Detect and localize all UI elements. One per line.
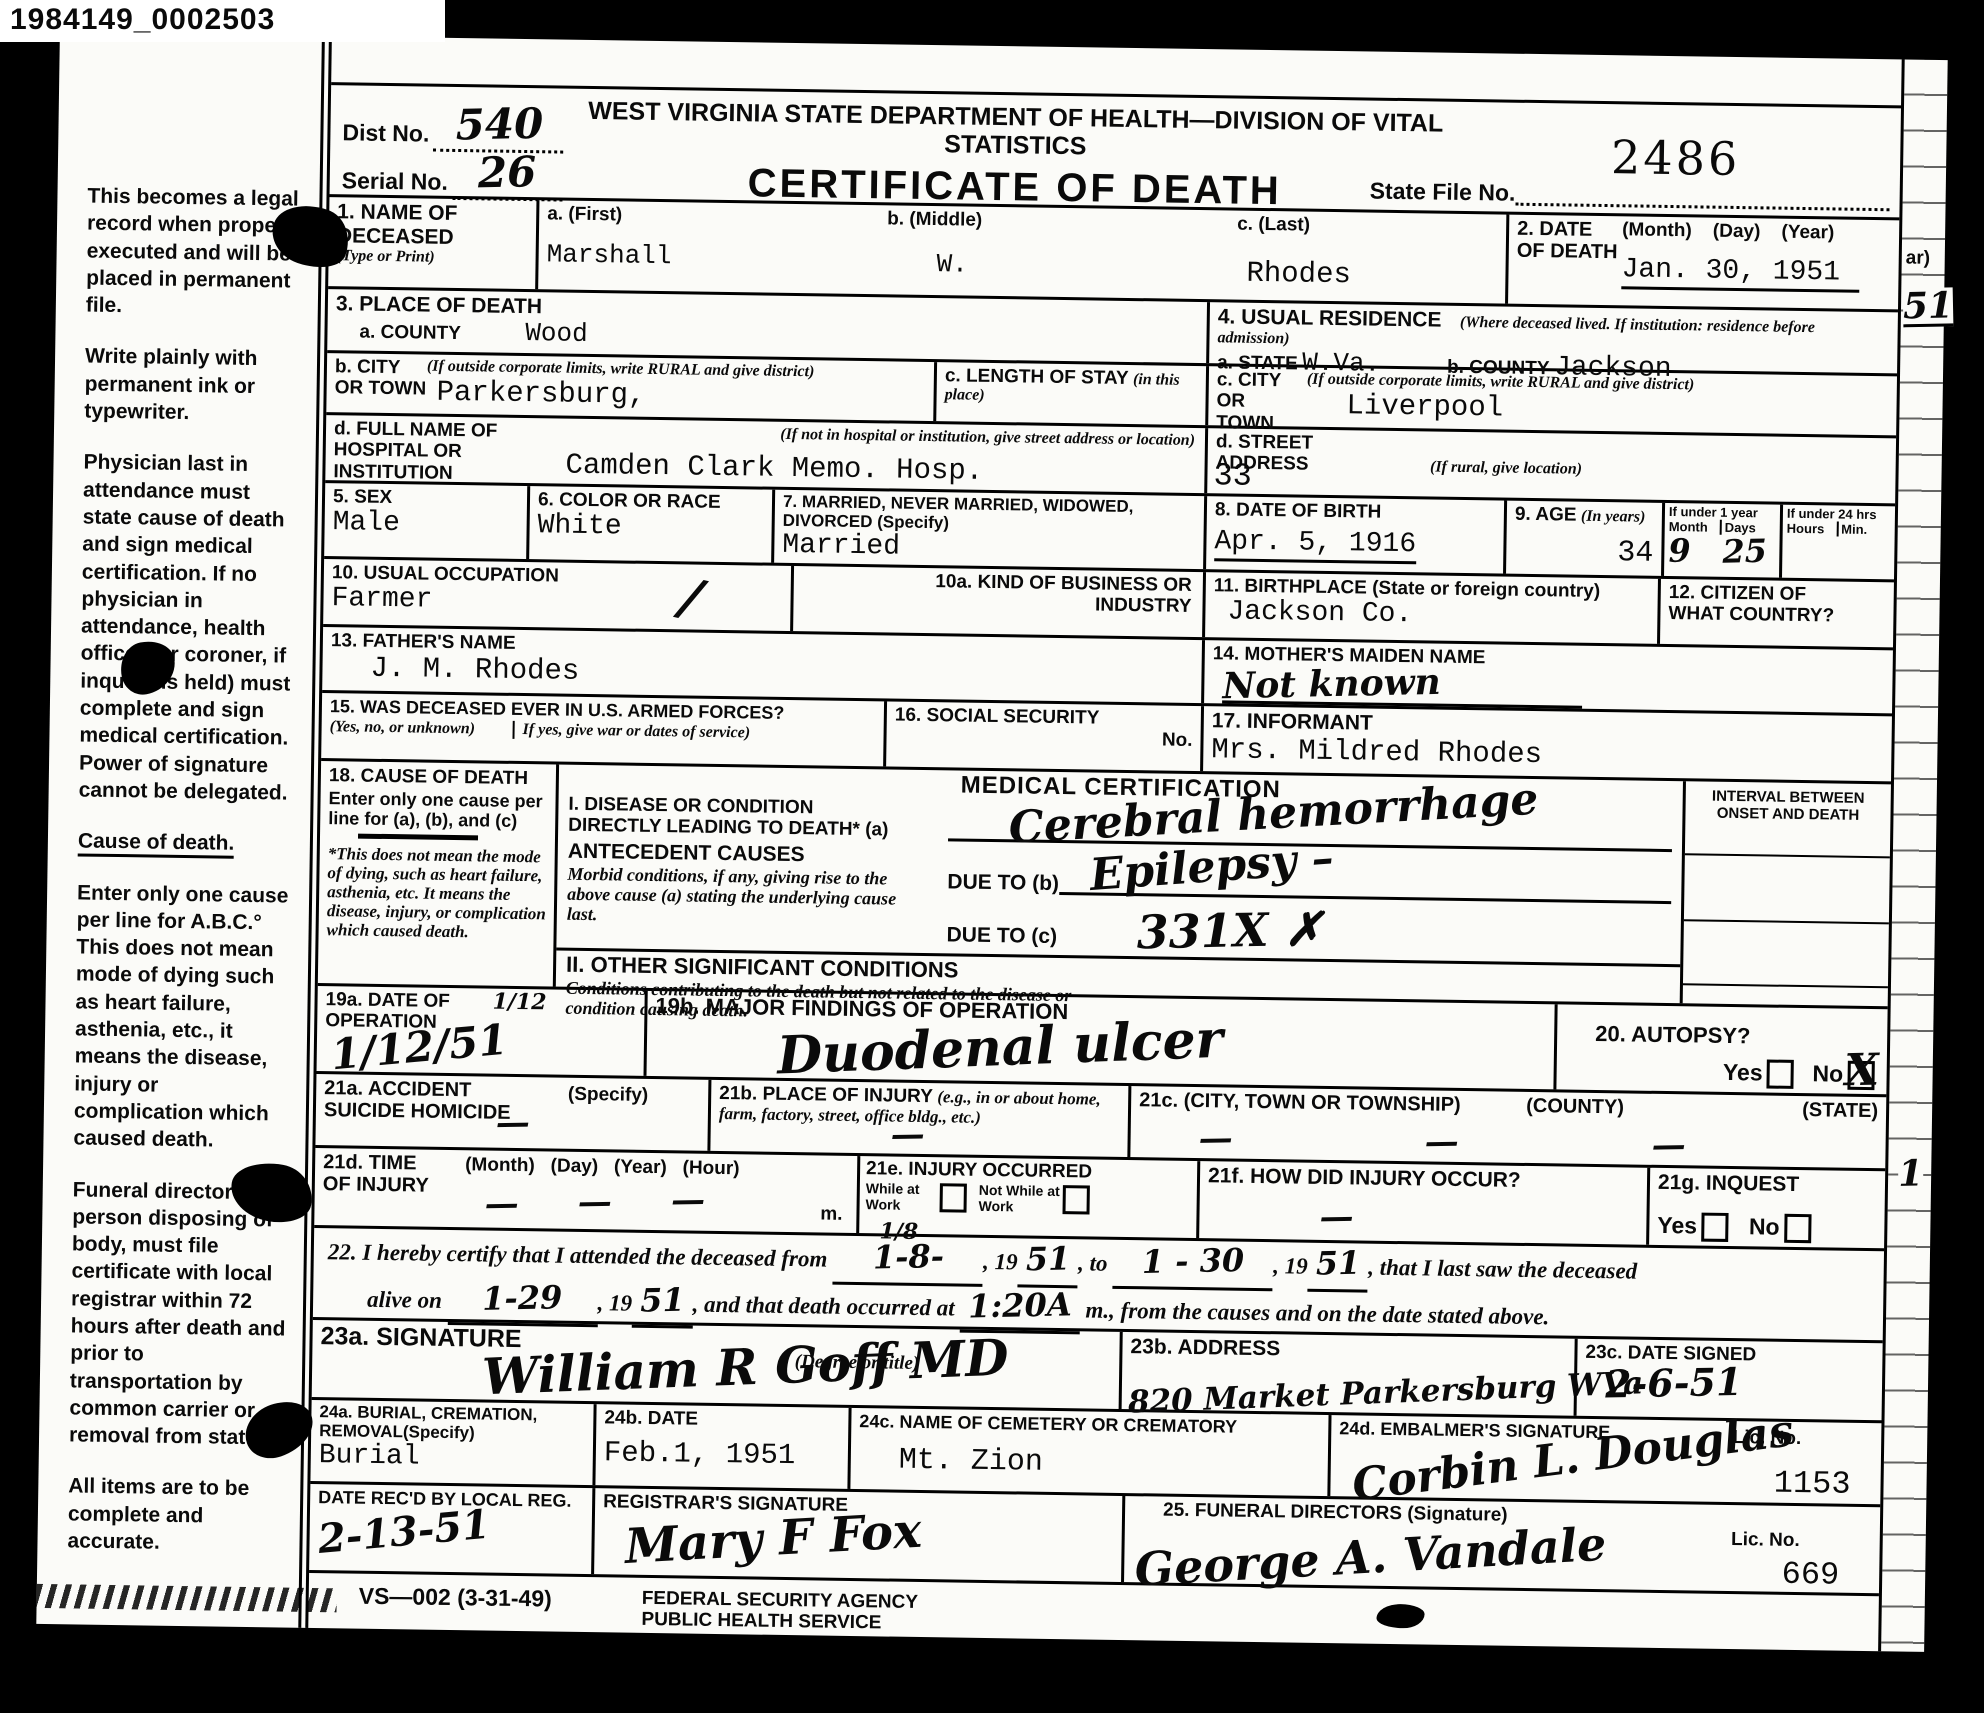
- name-label: 1. NAME OF DECEASED: [337, 200, 478, 249]
- operation-findings-cell: 19b. MAJOR FINDINGS OF OPERATION Duodena…: [646, 991, 1557, 1089]
- agency-line-2: PUBLIC HEALTH SERVICE: [641, 1609, 918, 1634]
- age-under1-cell: If under 1 year Month Days 9 25: [1664, 503, 1783, 578]
- interval-rule: [1685, 853, 1890, 858]
- date-received-value: 2-13-51: [316, 1505, 491, 1560]
- citizen-cell: 12. CITIZEN OF WHAT COUNTRY?: [1660, 579, 1894, 647]
- margin-note-legal-record: This becomes a legal record when properl…: [86, 183, 306, 323]
- citizen-label: 12. CITIZEN OF WHAT COUNTRY?: [1668, 582, 1839, 627]
- age-cell: 9. AGE (In years) 34: [1506, 501, 1665, 576]
- marital-cell: 7. MARRIED, NEVER MARRIED, WIDOWED, DIVO…: [774, 490, 1207, 569]
- birthplace-value: Jackson Co.: [1227, 597, 1649, 635]
- autopsy-yes-checkbox: [1767, 1060, 1794, 1089]
- accident-cell: 21a. ACCIDENT SUICIDE HOMICIDE (Specify)…: [315, 1074, 711, 1151]
- certify-text-2: , 19: [983, 1249, 1018, 1275]
- not-while-at-work-label: Not While at Work: [978, 1183, 1062, 1215]
- certify-text-6: alive on: [367, 1286, 442, 1312]
- injury-place-cell: 21b. PLACE OF INJURY (e.g., in or about …: [710, 1080, 1131, 1157]
- injury-time-m-label: m.: [820, 1203, 843, 1225]
- injury-county-label: (COUNTY): [1526, 1095, 1702, 1120]
- inquest-cell: 21g. INQUEST Yes No: [1649, 1168, 1885, 1248]
- department-title: WEST VIRGINIA STATE DEPARTMENT OF HEALTH…: [560, 97, 1471, 166]
- certify-text-8: , and that death occurred at: [692, 1291, 954, 1320]
- under1-label: If under 1 year: [1669, 505, 1776, 521]
- cause-of-death-label: 18. CAUSE OF DEATH: [329, 765, 548, 790]
- inquest-no-checkbox: [1784, 1214, 1811, 1243]
- medical-certification-row: 18. CAUSE OF DEATH Enter only one cause …: [318, 761, 1891, 1009]
- street-address-value: 33: [1213, 458, 1252, 494]
- funeral-director-lic-value: 669: [1781, 1557, 1839, 1593]
- business-label: 10a. KIND OF BUSINESS OR INDUSTRY: [861, 570, 1192, 617]
- under1-months-value: 9: [1668, 534, 1722, 567]
- funeral-director-lic-label: Lic. No.: [1731, 1529, 1800, 1551]
- race-value: White: [537, 510, 763, 546]
- last-name-value: Rhodes: [1246, 257, 1497, 294]
- middle-name-label: b. (Middle): [887, 208, 982, 230]
- cause-c-value: 331X ✗: [1137, 906, 1324, 956]
- date-of-birth-label: 8. DATE OF BIRTH: [1215, 499, 1496, 524]
- age-label: 9. AGE: [1515, 504, 1577, 526]
- due-to-b-label: DUE TO (b): [947, 870, 1059, 895]
- serial-no-value: 26: [478, 151, 537, 194]
- certify-year2-value: 51: [1315, 1247, 1360, 1280]
- marital-label: 7. MARRIED, NEVER MARRIED, WIDOWED, DIVO…: [783, 493, 1197, 536]
- margin-note-physician: Physician last in attendance must state …: [78, 449, 301, 807]
- armed-forces-note1: (Yes, no, or unknown): [329, 718, 514, 739]
- ssn-cell: 16. SOCIAL SECURITY No.: [886, 701, 1204, 771]
- autopsy-yes-label: Yes: [1723, 1059, 1763, 1086]
- first-name-label: a. (First): [547, 203, 622, 225]
- date-of-birth-cell: 8. DATE OF BIRTH Apr. 5, 1916: [1206, 496, 1507, 573]
- mother-cell: 14. MOTHER'S MAIDEN NAME Not known: [1204, 640, 1893, 713]
- injury-how-label: 21f. HOW DID INJURY OCCUR?: [1208, 1164, 1639, 1194]
- cause-of-death-instructions-cell: 18. CAUSE OF DEATH Enter only one cause …: [318, 761, 559, 987]
- burial-cell: 24a. BURIAL, CREMATION, REMOVAL(Specify)…: [310, 1400, 596, 1485]
- certify-year3-value: 51: [640, 1283, 685, 1316]
- interval-label: INTERVAL BETWEEN ONSET AND DEATH: [1693, 788, 1882, 824]
- operation-findings-value: Duodenal ulcer: [776, 1014, 1224, 1083]
- under24-label: If under 24 hrs: [1787, 507, 1891, 523]
- accident-label: 21a. ACCIDENT SUICIDE HOMICIDE: [324, 1077, 515, 1125]
- injury-city-label: 21c. (CITY, TOWN OR TOWNSHIP): [1139, 1089, 1526, 1117]
- funeral-director-label: 25. FUNERAL DIRECTORS (Signature): [1163, 1500, 1508, 1526]
- serial-no-field: Serial No. 26: [341, 153, 562, 201]
- occupation-cell: 10. USUAL OCCUPATION Farmer /: [323, 559, 794, 631]
- accident-specify-note: (Specify): [568, 1084, 649, 1106]
- burial-value: Burial: [319, 1440, 585, 1476]
- cause-note-2: *This does not mean the mode of dying, s…: [326, 844, 546, 942]
- sex-cell: 5. SEX Male: [324, 483, 530, 559]
- injury-place-dash: —: [890, 1117, 925, 1152]
- form-box: Dist No. 540 Serial No. 26 WEST VIRGINIA…: [309, 82, 1901, 1596]
- injury-time-dashes: — — —: [484, 1183, 705, 1221]
- certify-text-7: , 19: [597, 1290, 632, 1316]
- under24-min-label: Min.: [1838, 522, 1891, 538]
- date-signed-cell: 23c. DATE SIGNED 2-6-51: [1577, 1339, 1883, 1421]
- dist-no-value: 540: [455, 103, 543, 147]
- certify-from-value: 1-8-: [872, 1240, 944, 1273]
- place-city-label: b. CITY OR TOWN: [334, 356, 427, 410]
- sex-value: Male: [332, 507, 518, 542]
- length-of-stay-label: c. LENGTH OF STAY: [945, 365, 1129, 389]
- age-years-value: 34: [1514, 535, 1653, 572]
- disease-label-2: DIRECTLY LEADING TO DEATH* (a): [568, 815, 948, 842]
- form-column: Dist No. 540 Serial No. 26 WEST VIRGINIA…: [308, 36, 1901, 1651]
- certify-time-value: 1:20A: [968, 1288, 1072, 1322]
- business-cell: 10a. KIND OF BUSINESS OR INDUSTRY: [793, 566, 1206, 637]
- last-name-label: c. (Last): [1237, 214, 1310, 236]
- injury-city-dash: —: [1198, 1118, 1425, 1157]
- hospital-value: Camden Clark Memo. Hosp.: [565, 448, 983, 488]
- injury-city-cell: 21c. (CITY, TOWN OR TOWNSHIP) (COUNTY) (…: [1130, 1086, 1886, 1168]
- sex-label: 5. SEX: [333, 486, 519, 510]
- hospital-label: d. FULL NAME OF HOSPITAL OR INSTITUTION: [333, 418, 564, 485]
- burial-date-label: 24b. DATE: [604, 1407, 840, 1432]
- armed-forces-cell: 15. WAS DECEASED EVER IN U.S. ARMED FORC…: [321, 693, 887, 766]
- operation-date-value: 1/12/51: [329, 1019, 509, 1077]
- hospital-cell: d. FULL NAME OF HOSPITAL OR INSTITUTION …: [325, 415, 1208, 493]
- funeral-director-cell: 25. FUNERAL DIRECTORS (Signature) Lic. N…: [1124, 1496, 1880, 1593]
- residence-city-cell: c. CITY OR TOWN (If outside corporate li…: [1208, 366, 1897, 435]
- date-received-cell: DATE REC'D BY LOCAL REG. 2-13-51: [309, 1484, 595, 1574]
- date-signed-value: 2-6-51: [1605, 1363, 1743, 1404]
- armed-forces-note2: If yes, give war or dates of service): [514, 721, 875, 744]
- injury-how-cell: 21f. HOW DID INJURY OCCUR? —: [1199, 1161, 1650, 1245]
- name-label-cell: 1. NAME OF DECEASED (Type or Print): [328, 197, 539, 289]
- mother-value: Not known: [1222, 664, 1441, 704]
- injury-time-label: 21d. TIME OF INJURY: [323, 1151, 444, 1198]
- accident-dash: —: [495, 1106, 530, 1141]
- certify-text-4: , 19: [1273, 1253, 1308, 1279]
- scan-filename-label: 1984149_0002503: [0, 0, 445, 42]
- name-last-cell: c. (Last) Rhodes: [1168, 210, 1509, 304]
- operation-date-superscript: 1/12: [492, 991, 546, 1014]
- birthplace-cell: 11. BIRTHPLACE (State or foreign country…: [1205, 572, 1661, 644]
- autopsy-cell: 20. AUTOPSY? Yes No X: [1556, 1004, 1887, 1094]
- injury-time-columns: (Month) (Day) (Year) (Hour): [465, 1154, 740, 1179]
- certify-alive-value: 1-29: [482, 1281, 563, 1315]
- physician-signature-value: William R Goff MD: [481, 1333, 1009, 1403]
- antecedent-note: Morbid conditions, if any, giving rise t…: [567, 864, 898, 929]
- cause-note-1: Enter only one cause per line for (a), (…: [328, 788, 548, 832]
- date-of-death-label: 2. DATE OF DEATH: [1516, 218, 1622, 303]
- scanned-death-certificate: 1984149_0002503 This becomes a legal rec…: [0, 0, 1984, 1713]
- name-first-cell: a. (First) Marshall: [538, 200, 839, 293]
- injury-how-dash: —: [1319, 1200, 1354, 1235]
- edge-handwritten-51: 51: [1903, 287, 1954, 327]
- middle-name-value: W.: [936, 250, 1160, 283]
- embalmer-lic-value: 1153: [1774, 1465, 1851, 1501]
- physician-address-value: 820 Market Parkersburg WVa: [1127, 1368, 1643, 1418]
- under1-days-value: 25: [1722, 535, 1776, 568]
- cemetery-label: 24c. NAME OF CEMETERY OR CREMATORY: [859, 1411, 1320, 1438]
- father-cell: 13. FATHER'S NAME J. M. Rhodes: [322, 627, 1205, 703]
- injury-county-dash: —: [1425, 1121, 1652, 1160]
- residence-city-label: c. CITY OR TOWN: [1216, 369, 1307, 423]
- burial-label: 24a. BURIAL, CREMATION, REMOVAL(Specify): [319, 1403, 586, 1444]
- injury-state-dash: —: [1651, 1125, 1878, 1164]
- street-address-note: (If rural, give location): [1430, 459, 1582, 478]
- certificate-page: This becomes a legal record when properl…: [36, 32, 1947, 1652]
- interval-rule: [1683, 983, 1888, 988]
- certify-text-3: , to: [1078, 1250, 1108, 1275]
- county-label: a. COUNTY: [359, 321, 461, 344]
- certify-text-5: , that I last saw the deceased: [1368, 1255, 1637, 1284]
- inquest-no-label: No: [1749, 1213, 1780, 1239]
- date-of-death-cell: 2. DATE OF DEATH (Month) (Day) (Year) Ja…: [1508, 215, 1899, 310]
- place-of-death-county-cell: 3. PLACE OF DEATH a. COUNTY Wood: [327, 289, 1210, 363]
- state-file-label: State File No.: [1370, 178, 1516, 205]
- first-name-value: Marshall: [546, 241, 830, 275]
- autopsy-label: 20. AUTOPSY?: [1595, 1022, 1879, 1051]
- ssn-no-label: No.: [894, 726, 1192, 752]
- date-of-birth-value: Apr. 5, 1916: [1214, 527, 1416, 565]
- due-to-c-label: DUE TO (c): [946, 924, 1057, 949]
- injury-place-label: 21b. PLACE OF INJURY: [719, 1083, 933, 1107]
- embalmer-cell: 24d. EMBALMER'S SIGNATURE Lic. No. Corbi…: [1330, 1415, 1881, 1504]
- physician-address-cell: 23b. ADDRESS 820 Market Parkersburg WVa: [1122, 1332, 1578, 1416]
- injury-time-cell: 21d. TIME OF INJURY (Month) (Day) (Year)…: [314, 1148, 860, 1233]
- hospital-note: (If not in hospital or institution, give…: [775, 426, 1195, 450]
- place-city-cell: b. CITY OR TOWN (If outside corporate li…: [326, 353, 937, 421]
- edge-year-fragment: ar): [1906, 247, 1931, 269]
- age-under24-cell: If under 24 hrs Hours Min.: [1782, 505, 1895, 580]
- inquest-label: 21g. INQUEST: [1658, 1171, 1877, 1198]
- cemetery-cell: 24c. NAME OF CEMETERY OR CREMATORY Mt. Z…: [850, 1408, 1331, 1496]
- scan-noise-band: [37, 1584, 337, 1612]
- marital-value: Married: [782, 530, 1195, 568]
- margin-note-write-plainly: Write plainly with permanent ink or type…: [84, 343, 303, 428]
- date-of-death-columns: (Month) (Day) (Year): [1622, 219, 1891, 244]
- autopsy-no-label: No: [1812, 1060, 1843, 1086]
- form-number: VS—002 (3-31-49): [358, 1584, 552, 1629]
- while-at-work-label: While at Work: [865, 1181, 939, 1213]
- certify-text-9: m., from the causes and on the date stat…: [1085, 1297, 1549, 1329]
- certify-to-value: 1 - 30: [1142, 1244, 1245, 1278]
- edge-handwritten-1: 1: [1898, 1155, 1924, 1191]
- name-middle-cell: b. (Middle) W.: [838, 205, 1169, 299]
- inquest-yes-label: Yes: [1657, 1212, 1697, 1239]
- injury-state-label: (STATE): [1702, 1098, 1878, 1123]
- funeral-director-signature-value: George A. Vandale: [1134, 1521, 1608, 1593]
- place-city-value: Parkersburg,: [436, 376, 925, 417]
- race-cell: 6. COLOR OR RACE White: [529, 486, 775, 563]
- cemetery-value: Mt. Zion: [899, 1444, 1320, 1485]
- age-note: (In years): [1581, 508, 1646, 526]
- residence-city-value: Liverpool: [1346, 389, 1888, 430]
- form-footer: VS—002 (3-31-49) FEDERAL SECURITY AGENCY…: [358, 1584, 1878, 1649]
- margin-instructions: This becomes a legal record when properl…: [36, 32, 322, 1628]
- stamp-number: 2486: [1611, 130, 1741, 186]
- operation-date-cell: 19a. DATE OF OPERATION 1/12 1/12/51: [317, 986, 648, 1076]
- usual-residence-cell: 4. USUAL RESIDENCE (Where deceased lived…: [1209, 302, 1898, 373]
- street-address-cell: d. STREET ADDRESS (If rural, give locati…: [1207, 428, 1896, 503]
- certify-year1-value: 51: [1025, 1242, 1070, 1275]
- margin-note-all-items: All items are to be complete and accurat…: [67, 1473, 286, 1558]
- not-while-at-work-checkbox: [1062, 1185, 1089, 1214]
- burial-date-cell: 24b. DATE Feb.1, 1951: [595, 1404, 851, 1489]
- while-at-work-checkbox: [939, 1183, 966, 1212]
- margin-heading-cause-of-death: Cause of death.: [78, 828, 296, 859]
- county-value: Wood: [525, 318, 588, 349]
- registrar-signature-value: Mary F Fox: [624, 1507, 923, 1571]
- name-note: (Type or Print): [336, 247, 527, 268]
- usual-residence-title: 4. USUAL RESIDENCE: [1218, 305, 1442, 331]
- serial-no-label: Serial No.: [342, 167, 448, 195]
- inquest-yes-checkbox: [1701, 1213, 1728, 1242]
- autopsy-no-checkmark: X: [1844, 1049, 1879, 1094]
- under24-hours-label: Hours: [1787, 521, 1839, 537]
- occupation-value: Farmer: [331, 583, 782, 622]
- address-label: 23b. ADDRESS: [1130, 1335, 1566, 1365]
- header-center: WEST VIRGINIA STATE DEPARTMENT OF HEALTH…: [559, 97, 1470, 217]
- medical-certification-main-cell: MEDICAL CERTIFICATION I. DISEASE OR COND…: [556, 765, 1686, 1004]
- certify-text-1: 22. I hereby certify that I attended the…: [328, 1239, 828, 1271]
- burial-date-value: Feb.1, 1951: [604, 1437, 840, 1474]
- length-of-stay-cell: c. LENGTH OF STAY (in this place): [936, 362, 1209, 425]
- informant-cell: 17. INFORMANT Mrs. Mildred Rhodes: [1203, 706, 1892, 781]
- interval-rule: [1684, 919, 1889, 924]
- interval-cell: INTERVAL BETWEEN ONSET AND DEATH: [1683, 781, 1891, 1006]
- registrar-signature-cell: REGISTRAR'S SIGNATURE Mary F Fox: [594, 1488, 1125, 1582]
- date-of-death-value: Jan. 30, 1951: [1621, 255, 1860, 294]
- dist-no-label: Dist No.: [342, 119, 429, 146]
- divider-stroke: [358, 833, 478, 840]
- margin-note-one-cause: Enter only one cause per line for A.B.C.…: [73, 879, 295, 1155]
- physician-signature-cell: 23a. SIGNATURE (Degree or title) William…: [312, 1320, 1123, 1409]
